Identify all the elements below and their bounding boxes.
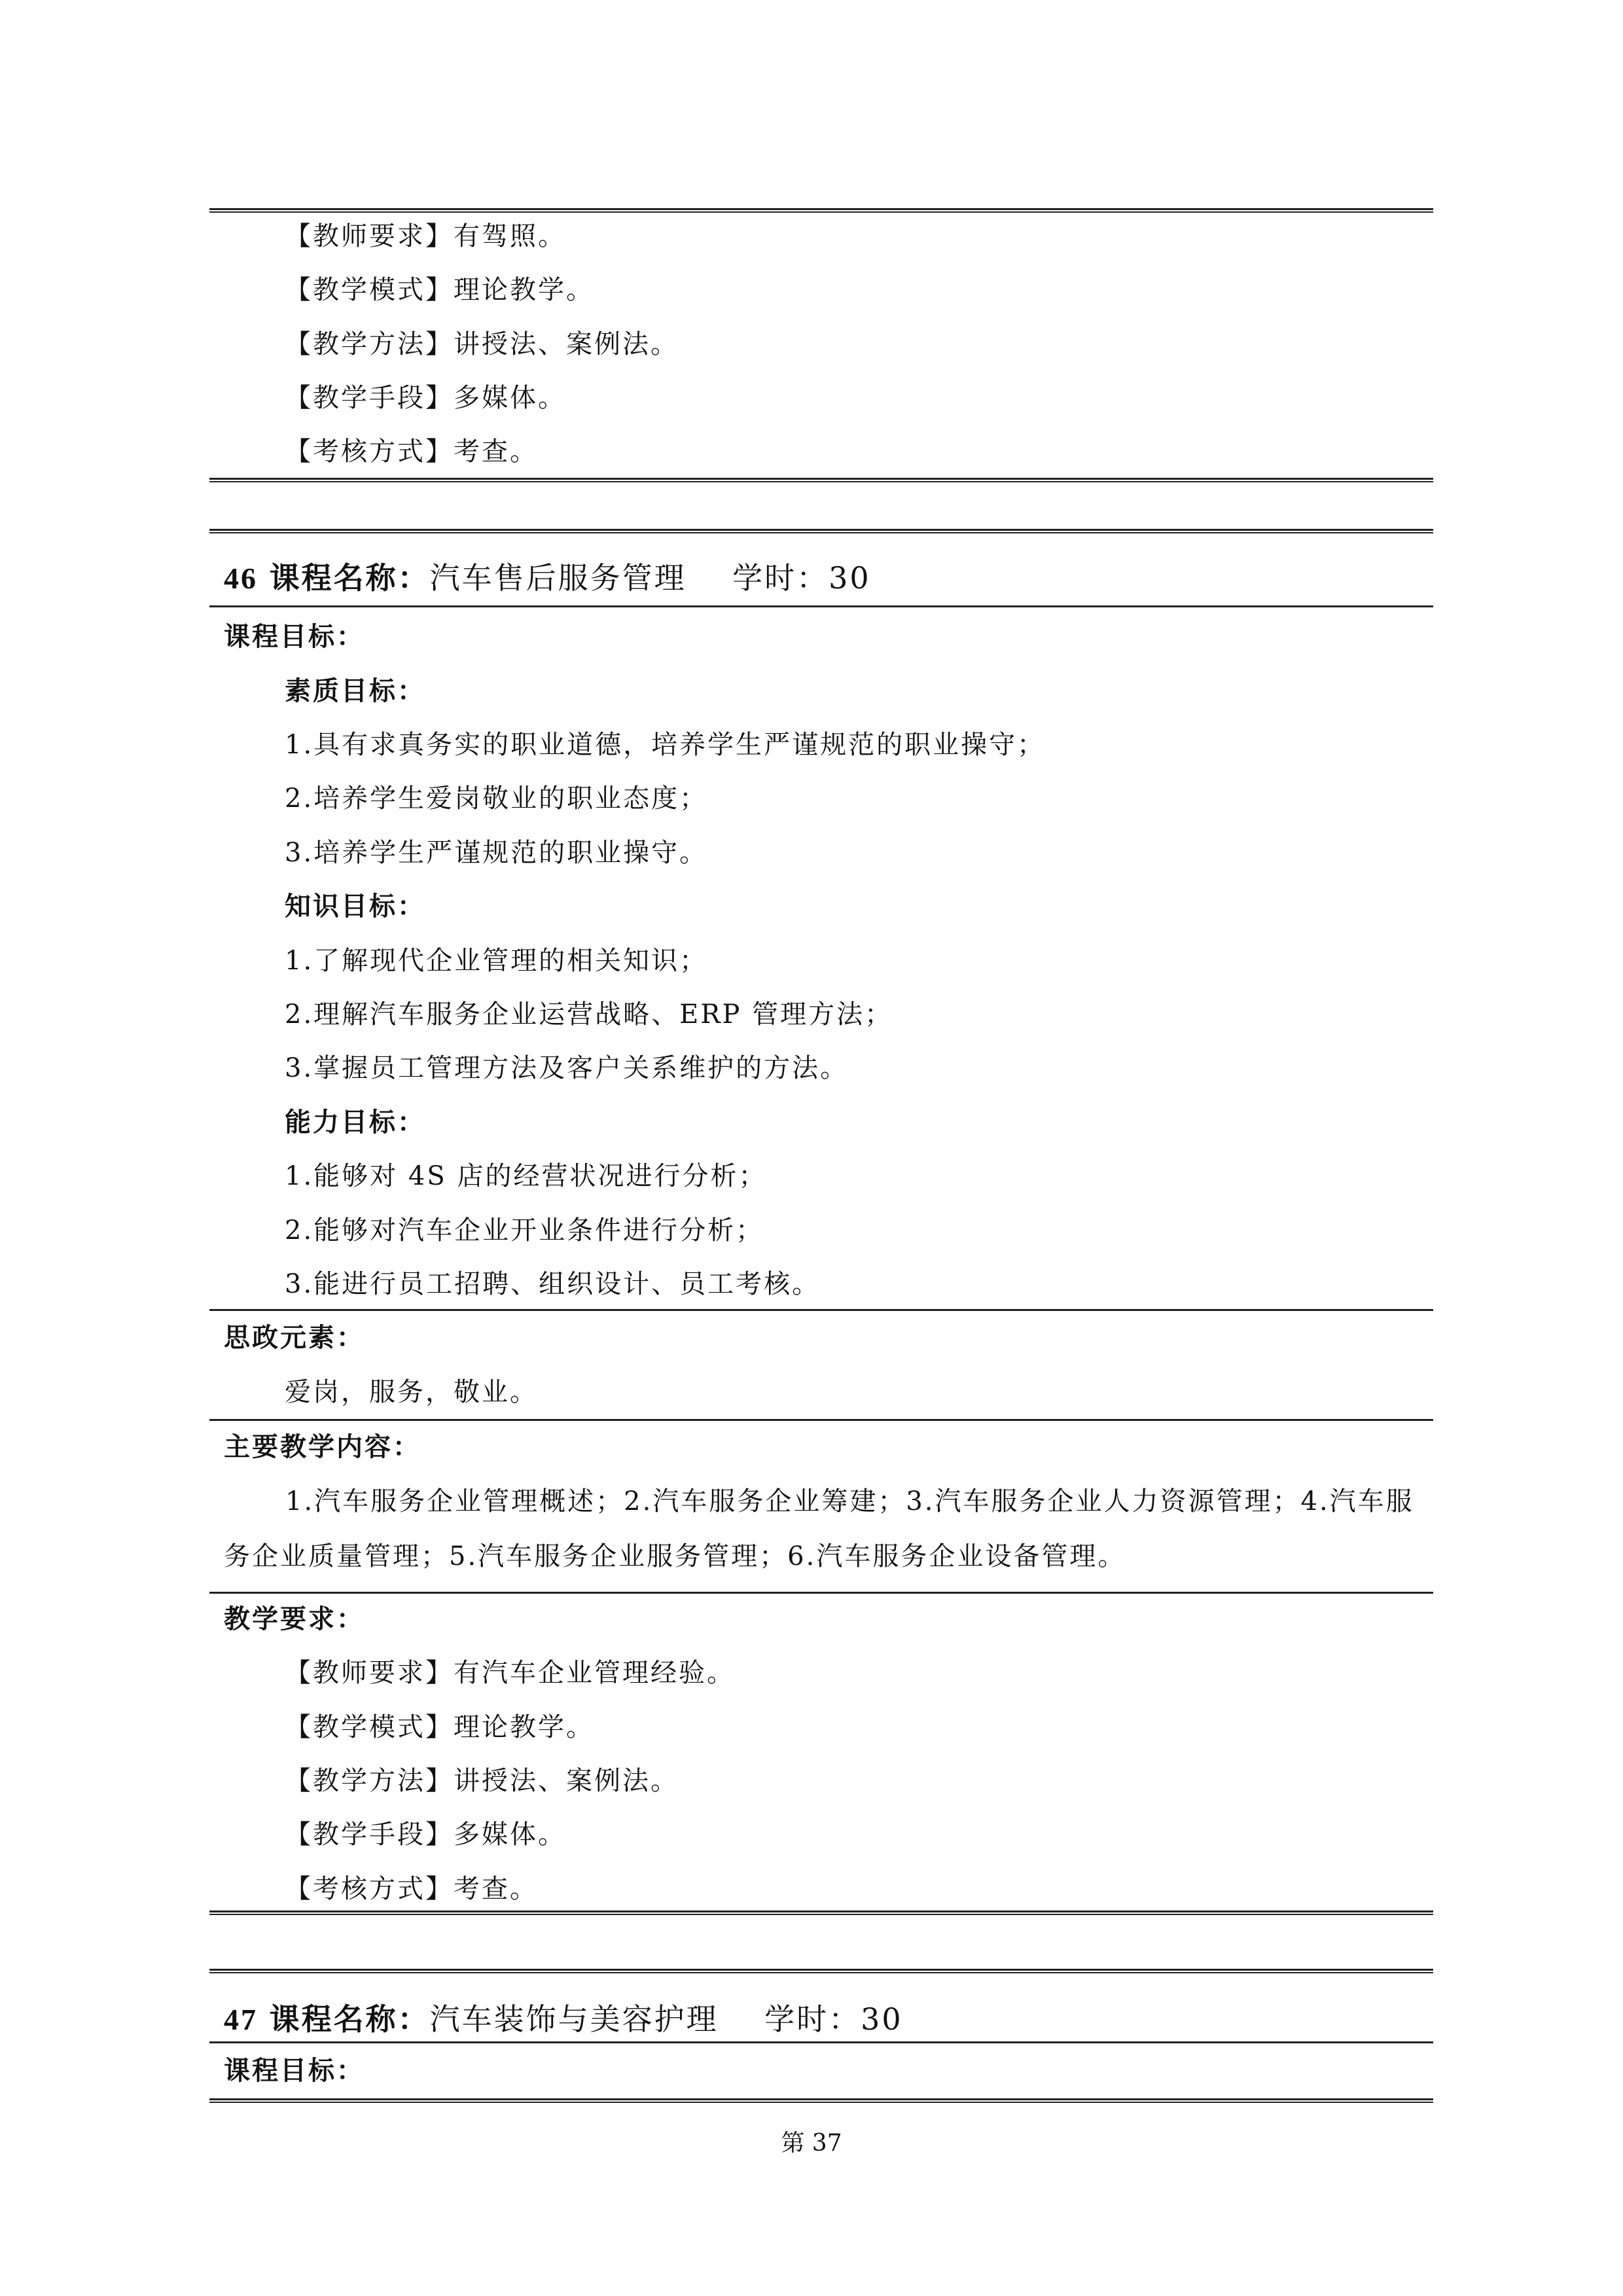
quality-objectives-heading: 素质目标：	[285, 673, 425, 709]
document-page: 【教师要求】有驾照。 【教学模式】理论教学。 【教学方法】讲授法、案例法。 【教…	[209, 0, 1433, 2296]
main-content-text: 1.汽车服务企业管理概述；2.汽车服务企业筹建；3.汽车服务企业人力资源管理；4…	[224, 1474, 1428, 1584]
section-border-bottom	[209, 478, 1433, 482]
teaching-means: 【教学手段】多媒体。	[285, 380, 566, 416]
divider	[209, 2041, 1433, 2043]
teacher-requirement: 【教师要求】有驾照。	[285, 218, 566, 255]
teaching-mode: 【教学模式】理论教学。	[285, 1709, 594, 1746]
course-objectives-heading: 课程目标：	[224, 2053, 365, 2089]
divider	[209, 1419, 1433, 1421]
ability-item: 2.能够对汽车企业开业条件进行分析；	[285, 1212, 764, 1249]
section-border-top	[209, 208, 1433, 213]
knowledge-item: 2.理解汽车服务企业运营战略、ERP 管理方法；	[285, 996, 893, 1033]
knowledge-objectives-heading: 知识目标：	[285, 888, 425, 925]
course-47-border-top	[209, 1969, 1433, 1973]
teaching-method: 【教学方法】讲授法、案例法。	[285, 1763, 679, 1799]
course-objectives-heading: 课程目标：	[224, 619, 365, 655]
course-46-border-bottom	[209, 1910, 1433, 1915]
ideology-content: 爱岗，服务，敬业。	[285, 1374, 538, 1410]
assessment-method: 【考核方式】考查。	[285, 1871, 538, 1907]
ideology-heading: 思政元素：	[224, 1319, 365, 1356]
knowledge-item: 3.掌握员工管理方法及客户关系维护的方法。	[285, 1050, 848, 1086]
ability-item: 1.能够对 4S 店的经营状况进行分析；	[285, 1158, 766, 1194]
teacher-requirement: 【教师要求】有汽车企业管理经验。	[285, 1655, 735, 1691]
knowledge-item: 1.了解现代企业管理的相关知识；	[285, 942, 707, 979]
quality-item: 2.培养学生爱岗敬业的职业态度；	[285, 780, 707, 817]
teaching-means: 【教学手段】多媒体。	[285, 1816, 566, 1853]
course-46-border-top	[209, 529, 1433, 533]
divider	[209, 1592, 1433, 1594]
quality-item: 1.具有求真务实的职业道德，培养学生严谨规范的职业操守；	[285, 726, 1045, 763]
page-number: 第 37	[0, 2125, 1623, 2158]
teaching-method: 【教学方法】讲授法、案例法。	[285, 326, 679, 363]
course-47-title: 47 课程名称：汽车装饰与美容护理 学时：30	[224, 2000, 903, 2039]
main-content-heading: 主要教学内容：	[224, 1429, 421, 1465]
teaching-mode: 【教学模式】理论教学。	[285, 272, 594, 308]
assessment-method: 【考核方式】考查。	[285, 433, 538, 470]
course-47-border-bottom	[209, 2098, 1433, 2103]
divider	[209, 605, 1433, 607]
teaching-requirements-heading: 教学要求：	[224, 1601, 365, 1638]
ability-objectives-heading: 能力目标：	[285, 1104, 425, 1141]
quality-item: 3.培养学生严谨规范的职业操守。	[285, 834, 707, 871]
ability-item: 3.能进行员工招聘、组织设计、员工考核。	[285, 1266, 820, 1302]
course-46-title: 46 课程名称：汽车售后服务管理 学时：30	[224, 558, 871, 598]
divider	[209, 1309, 1433, 1311]
